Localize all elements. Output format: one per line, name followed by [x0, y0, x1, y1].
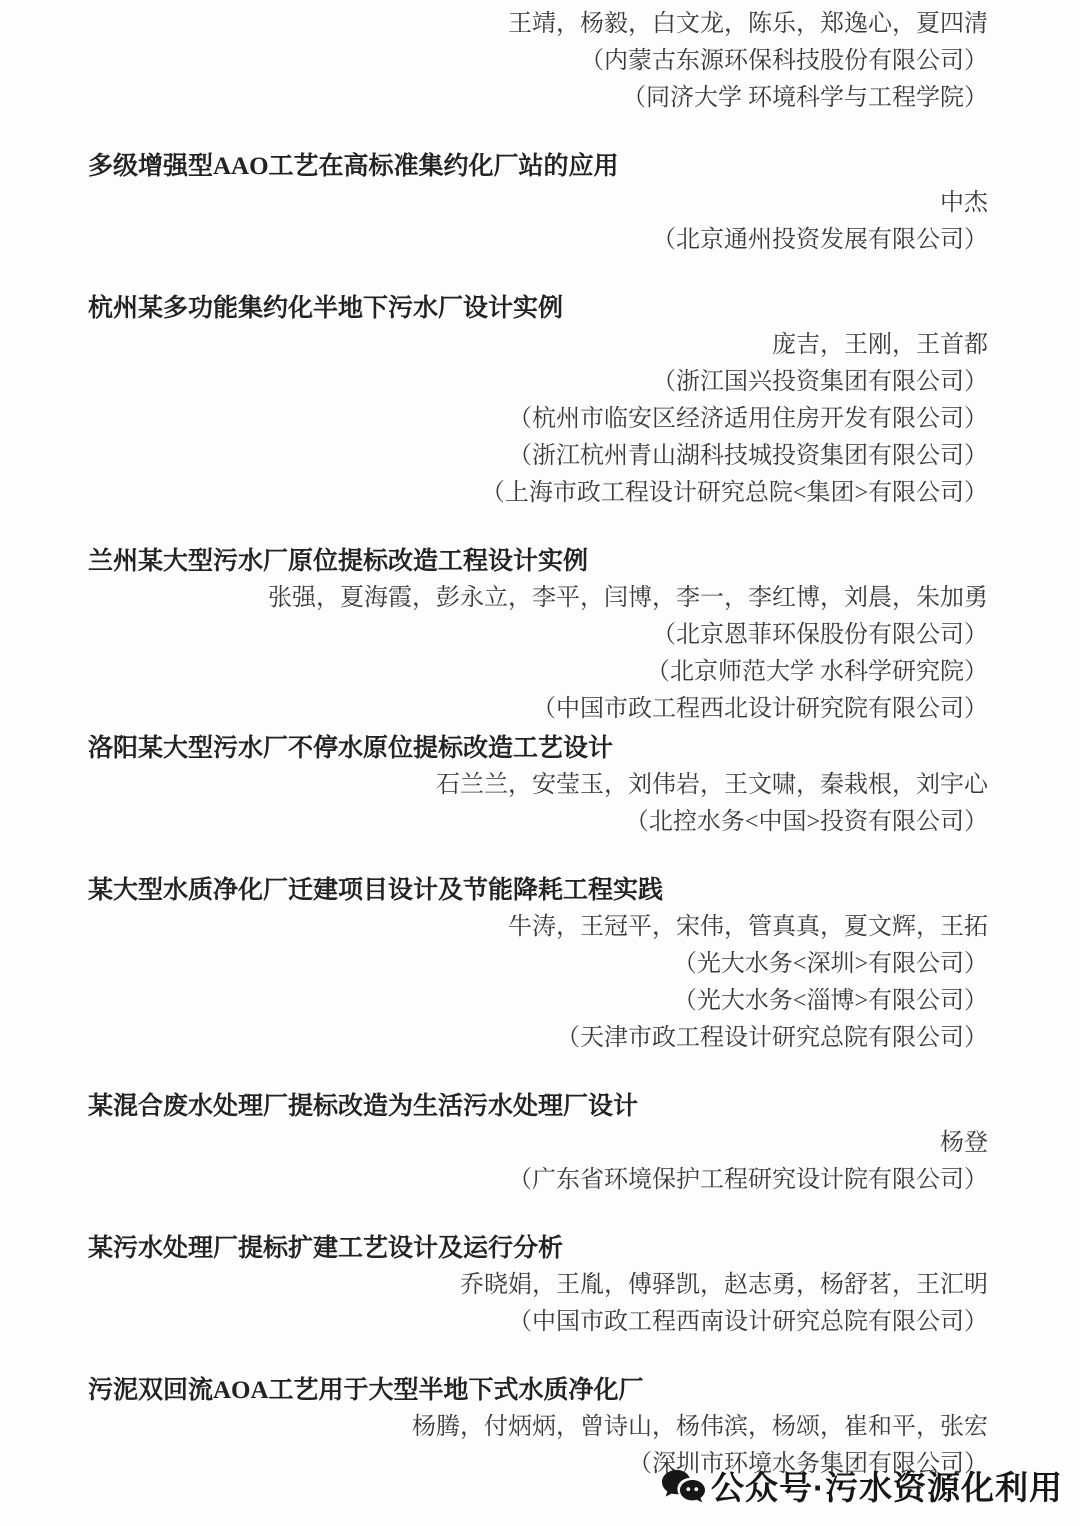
authors-line: 石兰兰，安莹玉，刘伟岩，王文啸，秦栽根，刘宇心 — [88, 767, 988, 804]
entry: 兰州某大型污水厂原位提标改造工程设计实例 张强，夏海霞，彭永立，李平，闫博，李一… — [88, 543, 988, 728]
entry: 多级增强型AAO工艺在高标准集约化厂站的应用 中杰 （北京通州投资发展有限公司） — [88, 148, 988, 259]
affiliation-line: （光大水务<深圳>有限公司） — [88, 946, 988, 983]
entry-title: 某污水处理厂提标扩建工艺设计及运行分析 — [88, 1230, 988, 1267]
authors-line: 张强，夏海霞，彭永立，李平，闫博，李一，李红博，刘晨，朱加勇 — [88, 580, 988, 617]
affiliation-line: （北控水务<中国>投资有限公司） — [88, 804, 988, 841]
affiliation-line: （北京师范大学 水科学研究院） — [88, 654, 988, 691]
affiliation-line: （光大水务<淄博>有限公司） — [88, 983, 988, 1020]
affiliation-line: （北京通州投资发展有限公司） — [88, 222, 988, 259]
entry: 某混合废水处理厂提标改造为生活污水处理厂设计 杨登 （广东省环境保护工程研究设计… — [88, 1088, 988, 1199]
affiliation-line: （北京恩菲环保股份有限公司） — [88, 617, 988, 654]
entry-title: 多级增强型AAO工艺在高标准集约化厂站的应用 — [88, 148, 988, 185]
authors-line: 乔晓娟，王胤，傅驿凯，赵志勇，杨舒茗，王汇明 — [88, 1267, 988, 1304]
entry: 杭州某多功能集约化半地下污水厂设计实例 庞吉，王刚，王首都 （浙江国兴投资集团有… — [88, 290, 988, 512]
entry-title: 洛阳某大型污水厂不停水原位提标改造工艺设计 — [88, 730, 988, 767]
affiliation-line: （广东省环境保护工程研究设计院有限公司） — [88, 1162, 988, 1199]
affiliation-line: （同济大学 环境科学与工程学院） — [88, 80, 988, 117]
entry-title: 某混合废水处理厂提标改造为生活污水处理厂设计 — [88, 1088, 988, 1125]
entry: 洛阳某大型污水厂不停水原位提标改造工艺设计 石兰兰，安莹玉，刘伟岩，王文啸，秦栽… — [88, 730, 988, 841]
authors-line: 杨登 — [88, 1125, 988, 1162]
document-page: 王靖，杨毅，白文龙，陈乐，郑逸心，夏四清 （内蒙古东源环保科技股份有限公司） （… — [0, 0, 1080, 1526]
affiliation-line: （上海市政工程设计研究总院<集团>有限公司） — [88, 475, 988, 512]
entry-title: 兰州某大型污水厂原位提标改造工程设计实例 — [88, 543, 988, 580]
entry: 某污水处理厂提标扩建工艺设计及运行分析 乔晓娟，王胤，傅驿凯，赵志勇，杨舒茗，王… — [88, 1230, 988, 1341]
authors-line: 杨腾，付炳炳，曾诗山，杨伟滨，杨颂，崔和平，张宏 — [88, 1409, 988, 1446]
affiliation-line: （中国市政工程西南设计研究总院有限公司） — [88, 1304, 988, 1341]
entry: 王靖，杨毅，白文龙，陈乐，郑逸心，夏四清 （内蒙古东源环保科技股份有限公司） （… — [88, 6, 988, 117]
wechat-icon — [660, 1468, 706, 1508]
affiliation-line: （浙江杭州青山湖科技城投资集团有限公司） — [88, 438, 988, 475]
affiliation-line: （浙江国兴投资集团有限公司） — [88, 364, 988, 401]
affiliation-line: （内蒙古东源环保科技股份有限公司） — [88, 43, 988, 80]
affiliation-line: （杭州市临安区经济适用住房开发有限公司） — [88, 401, 988, 438]
entry-title: 污泥双回流AOA工艺用于大型半地下式水质净化厂 — [88, 1372, 988, 1409]
toc-content: 王靖，杨毅，白文龙，陈乐，郑逸心，夏四清 （内蒙古东源环保科技股份有限公司） （… — [0, 0, 1080, 1483]
watermark: 公众号·污水资源化利用 — [660, 1466, 1063, 1510]
affiliation-line: （中国市政工程西北设计研究院有限公司） — [88, 691, 988, 728]
watermark-label: 公众号·污水资源化利用 — [711, 1466, 1063, 1510]
entry: 某大型水质净化厂迁建项目设计及节能降耗工程实践 牛涛，王冠平，宋伟，管真真，夏文… — [88, 872, 988, 1057]
authors-line: 王靖，杨毅，白文龙，陈乐，郑逸心，夏四清 — [88, 6, 988, 43]
authors-line: 牛涛，王冠平，宋伟，管真真，夏文辉，王拓 — [88, 909, 988, 946]
authors-line: 庞吉，王刚，王首都 — [88, 327, 988, 364]
affiliation-line: （天津市政工程设计研究总院有限公司） — [88, 1020, 988, 1057]
entry-title: 杭州某多功能集约化半地下污水厂设计实例 — [88, 290, 988, 327]
entry-title: 某大型水质净化厂迁建项目设计及节能降耗工程实践 — [88, 872, 988, 909]
authors-line: 中杰 — [88, 185, 988, 222]
